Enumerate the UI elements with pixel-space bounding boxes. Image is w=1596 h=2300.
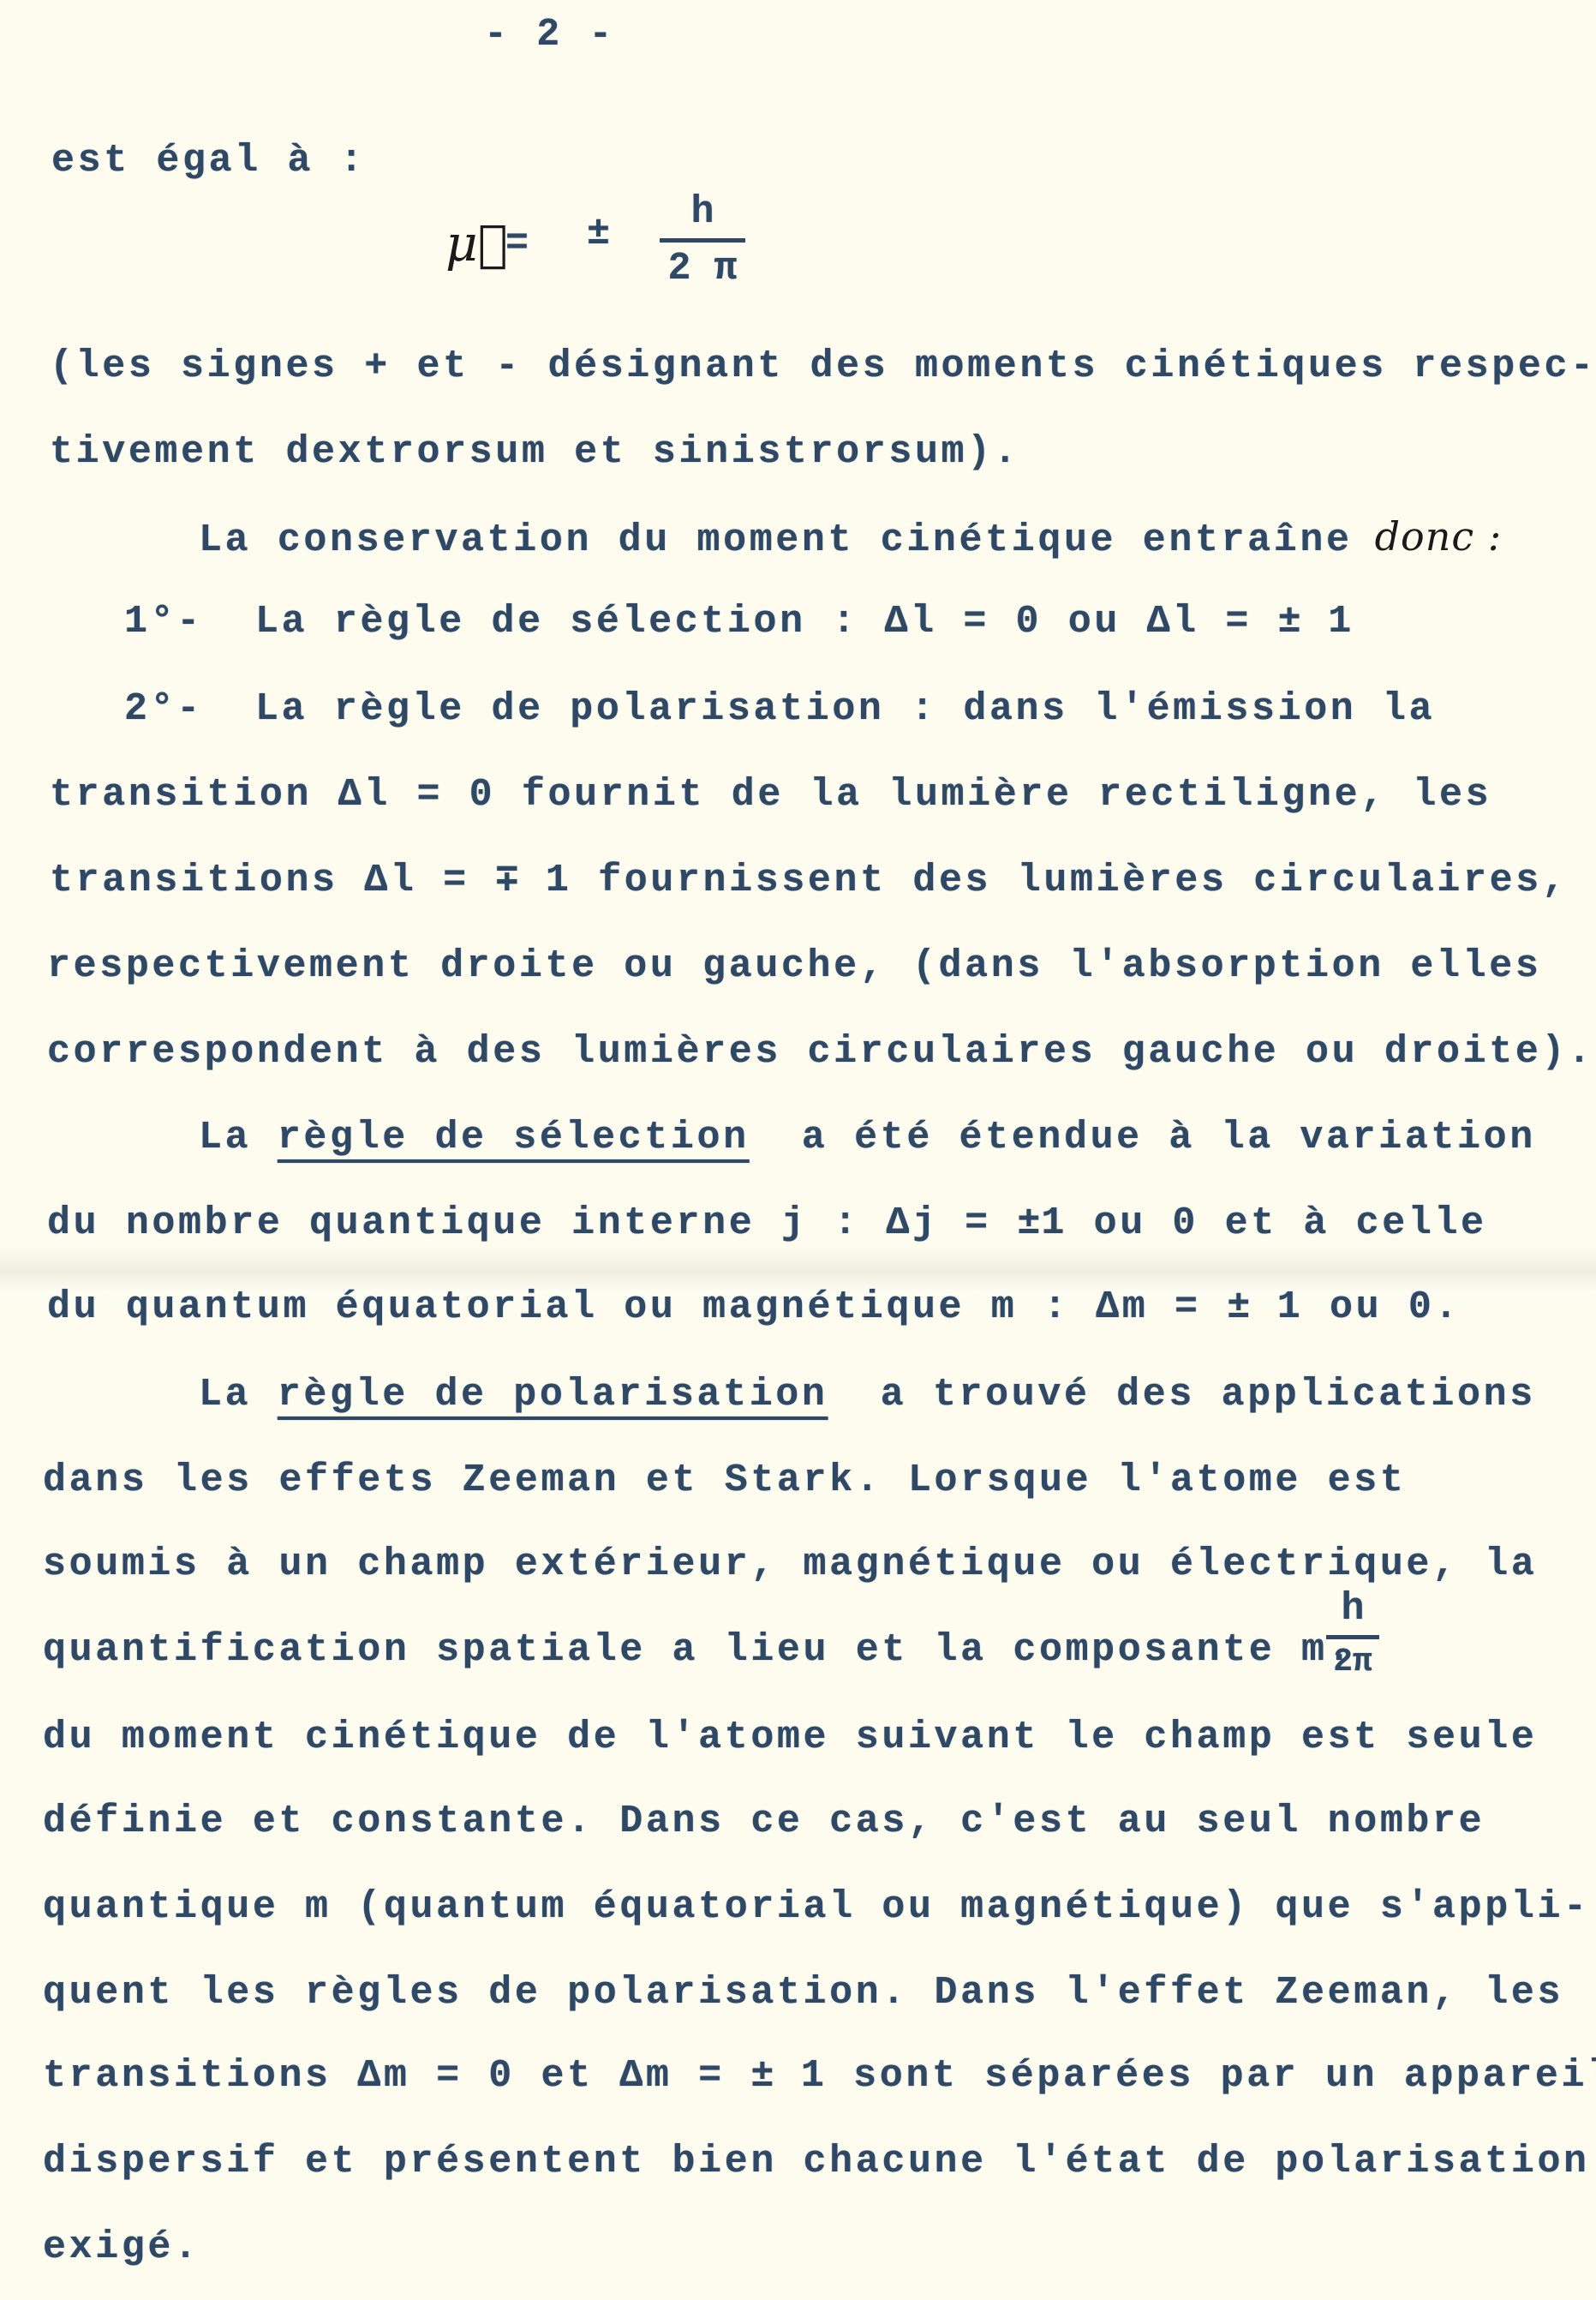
line-text: correspondent à des lumières circulaires… <box>47 1030 1594 1074</box>
text-line: transitions Δl = ∓ 1 fournissent des lum… <box>50 861 1568 900</box>
fraction-bar <box>1326 1635 1379 1639</box>
plus-minus-sign: ± <box>750 2057 774 2095</box>
line-text: soumis à un champ extérieur, magnétique … <box>43 1542 1537 1586</box>
mu-vector-handwritten: μ⃗ <box>445 219 509 268</box>
line-prefix: La <box>199 1116 278 1159</box>
line-text: respectivement droite ou gauche, (dans l… <box>47 944 1541 988</box>
text-line: quantique m (quantum équatorial ou magné… <box>43 1888 1590 1926</box>
formula-plus-minus: ± <box>587 214 613 253</box>
underlined-term: règle de sélection <box>278 1116 750 1159</box>
text-line: du quantum équatorial ou magnétique m : … <box>47 1288 1461 1327</box>
line-text-pre: du nombre quantique interne j : Δj = <box>47 1201 1017 1245</box>
line-prefix: La <box>199 1373 278 1417</box>
line-text-post: 1 <box>1302 600 1354 644</box>
fraction-denominator: 2 π <box>660 249 745 288</box>
line-text-post: 1 ou 0 et à celle <box>1041 1201 1486 1245</box>
text-line: dans les effets Zeeman et Stark. Lorsque… <box>43 1461 1406 1500</box>
fraction-numerator: h <box>1326 1590 1379 1628</box>
text-line: quent les règles de polarisation. Dans l… <box>43 1974 1563 2012</box>
text-line: respectivement droite ou gauche, (dans l… <box>47 947 1541 985</box>
formula-fraction: h 2 π <box>660 193 745 288</box>
plus-minus-sign: ∓ <box>495 861 519 900</box>
text-line: soumis à un champ extérieur, magnétique … <box>43 1545 1537 1584</box>
formula-equals: = <box>505 225 532 263</box>
line-text: (les signes + et - désignant des moments… <box>50 344 1596 388</box>
line-text: quantique m (quantum équatorial ou magné… <box>43 1885 1590 1929</box>
line-text: La conservation du moment cinétique entr… <box>199 518 1353 562</box>
line-text: quantification spatiale a lieu et la com… <box>43 1628 1354 1672</box>
text-line: définie et constante. Dans ce cas, c'est… <box>43 1802 1485 1841</box>
text-line: exigé. <box>43 2228 200 2267</box>
fraction-bar <box>660 238 745 243</box>
text-line: 2°- La règle de polarisation : dans l'ém… <box>124 690 1435 728</box>
line-text: du moment cinétique de l'atome suivant l… <box>43 1716 1537 1759</box>
text-line: correspondent à des lumières circulaires… <box>47 1033 1594 1071</box>
line-text-post: 1 sont séparées par un appareil <box>774 2054 1596 2098</box>
line-suffix: a trouvé des applications <box>828 1373 1536 1417</box>
text-line: La règle de polarisation a trouvé des ap… <box>199 1375 1536 1414</box>
handwritten-annotation: donc : <box>1375 513 1503 560</box>
line-text-post: 1 ou 0. <box>1251 1285 1461 1329</box>
line-text-pre: transitions Δl = <box>50 859 495 902</box>
plus-minus-sign: ± <box>1017 1204 1041 1243</box>
fraction-denominator: 2π <box>1326 1646 1379 1679</box>
text-line: (les signes + et - désignant des moments… <box>50 347 1596 386</box>
text-line: transition Δl = 0 fournit de la lumière … <box>50 776 1491 814</box>
line-text: dans les effets Zeeman et Stark. Lorsque… <box>43 1458 1406 1502</box>
text-line: du nombre quantique interne j : Δj = ±1 … <box>47 1204 1487 1243</box>
line-text: définie et constante. Dans ce cas, c'est… <box>43 1800 1485 1843</box>
line-text: 2°- La règle de polarisation : dans l'ém… <box>124 687 1435 731</box>
text-line: La règle de sélection a été étendue à la… <box>199 1118 1536 1157</box>
text-line: 1°- La règle de sélection : Δl = 0 ou Δl… <box>124 602 1354 641</box>
text-line: transitions Δm = 0 et Δm = ± 1 sont sépa… <box>43 2057 1596 2095</box>
line-text-post: 1 fournissent des lumières circulaires, <box>519 859 1568 902</box>
plus-minus-sign: ± <box>1227 1288 1251 1327</box>
line-text: transition Δl = 0 fournit de la lumière … <box>50 773 1491 817</box>
text-line: tivement dextrorsum et sinistrorsum). <box>50 433 1019 471</box>
line-text-pre: du quantum équatorial ou magnétique m : … <box>47 1285 1227 1329</box>
page-number: - 2 - <box>484 15 615 54</box>
text-line: quantification spatiale a lieu et la com… <box>43 1631 1354 1669</box>
line-suffix: a été étendue à la variation <box>750 1116 1536 1159</box>
underlined-term: règle de polarisation <box>278 1373 828 1417</box>
plus-minus-sign: ± <box>1278 602 1302 641</box>
line-text: quent les règles de polarisation. Dans l… <box>43 1971 1563 2015</box>
text-line: dispersif et présentent bien chacune l'é… <box>43 2142 1590 2181</box>
line-text: exigé. <box>43 2225 200 2269</box>
line-text-pre: transitions Δm = 0 et Δm = <box>43 2054 750 2098</box>
text-line: du moment cinétique de l'atome suivant l… <box>43 1718 1537 1757</box>
text-line: La conservation du moment cinétique entr… <box>199 517 1502 560</box>
fraction-numerator: h <box>660 193 745 231</box>
line-text: tivement dextrorsum et sinistrorsum). <box>50 430 1019 474</box>
intro-text: est égal à : <box>51 141 366 180</box>
line-text: dispersif et présentent bien chacune l'é… <box>43 2140 1590 2183</box>
inline-fraction: h2π <box>1326 1590 1379 1679</box>
line-text-pre: 1°- La règle de sélection : Δl = 0 ou Δl… <box>124 600 1278 644</box>
